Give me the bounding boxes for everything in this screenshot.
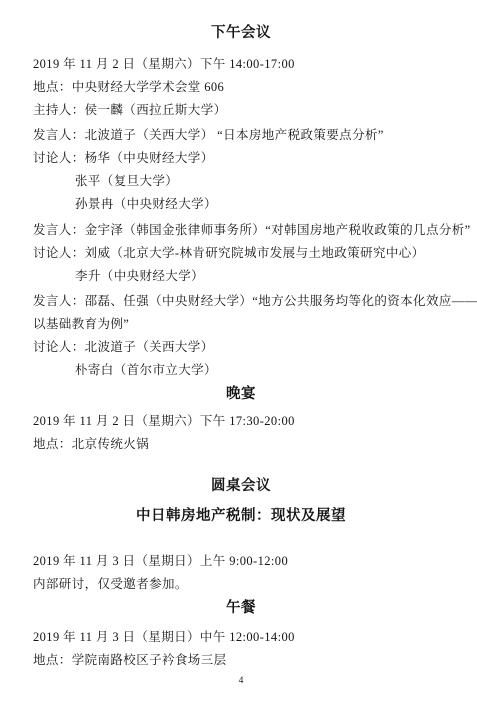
roundtable-heading: 圆桌会议 xyxy=(33,477,449,495)
page-number: 4 xyxy=(33,675,449,687)
dinner-venue: 地点：北京传统火锅 xyxy=(33,436,449,453)
lunch-datetime: 2019 年 11 月 3 日（星期日）中午 12:00-14:00 xyxy=(33,629,449,646)
afternoon-session-heading: 下午会议 xyxy=(33,24,449,42)
talk-1-speaker-line: 发言人：北波道子（关西大学） “日本房地产税政策要点分析” xyxy=(33,127,449,144)
roundtable-note: 内部研讨，仅受邀者参加。 xyxy=(33,576,449,593)
talk-1-discussant-line: 张平（复旦大学） xyxy=(33,173,449,190)
talk-2-speaker-line: 发言人：金宇泽（韩国金张律师事务所）“对韩国房地产税收政策的几点分析” xyxy=(33,222,449,239)
lunch-heading: 午餐 xyxy=(33,599,449,617)
talk-1: 发言人：北波道子（关西大学） “日本房地产税政策要点分析” 讨论人：杨华（中央财… xyxy=(33,127,449,213)
talk-3-speaker-line: 发言人：邵磊、任强（中央财经大学）“地方公共服务均等化的资本化效应—— xyxy=(33,293,449,310)
talk-3-discussant-line: 朴寄白（首尔市立大学） xyxy=(33,362,449,379)
talk-2-discussant-line: 李升（中央财经大学） xyxy=(33,268,449,285)
dinner-heading: 晚宴 xyxy=(33,385,449,403)
talk-3-speaker-wrap-line: 以基础教育为例” xyxy=(33,316,449,333)
afternoon-datetime: 2019 年 11 月 2 日（星期六）下午 14:00-17:00 xyxy=(33,56,449,73)
talk-3: 发言人：邵磊、任强（中央财经大学）“地方公共服务均等化的资本化效应—— 以基础教… xyxy=(33,293,449,379)
dinner-datetime: 2019 年 11 月 2 日（星期六）下午 17:30-20:00 xyxy=(33,413,449,430)
roundtable-datetime: 2019 年 11 月 3 日（星期日）上午 9:00-12:00 xyxy=(33,553,449,570)
afternoon-venue: 地点：中央财经大学学术会堂 606 xyxy=(33,79,449,96)
lunch-venue: 地点：学院南路校区子衿食场三层 xyxy=(33,652,449,669)
roundtable-subtitle: 中日韩房地产税制：现状及展望 xyxy=(33,507,449,525)
afternoon-moderator: 主持人：侯一麟（西拉丘斯大学） xyxy=(33,102,449,119)
document-page: 下午会议 2019 年 11 月 2 日（星期六）下午 14:00-17:00 … xyxy=(0,0,477,728)
talk-2-discussant-line: 讨论人：刘威（北京大学-林肯研究院城市发展与土地政策研究中心） xyxy=(33,245,449,262)
talk-1-discussant-line: 孙景冉（中央财经大学） xyxy=(33,196,449,213)
talk-3-discussant-line: 讨论人：北波道子（关西大学） xyxy=(33,339,449,356)
talk-2: 发言人：金宇泽（韩国金张律师事务所）“对韩国房地产税收政策的几点分析” 讨论人：… xyxy=(33,222,449,285)
talk-1-discussant-line: 讨论人：杨华（中央财经大学） xyxy=(33,150,449,167)
